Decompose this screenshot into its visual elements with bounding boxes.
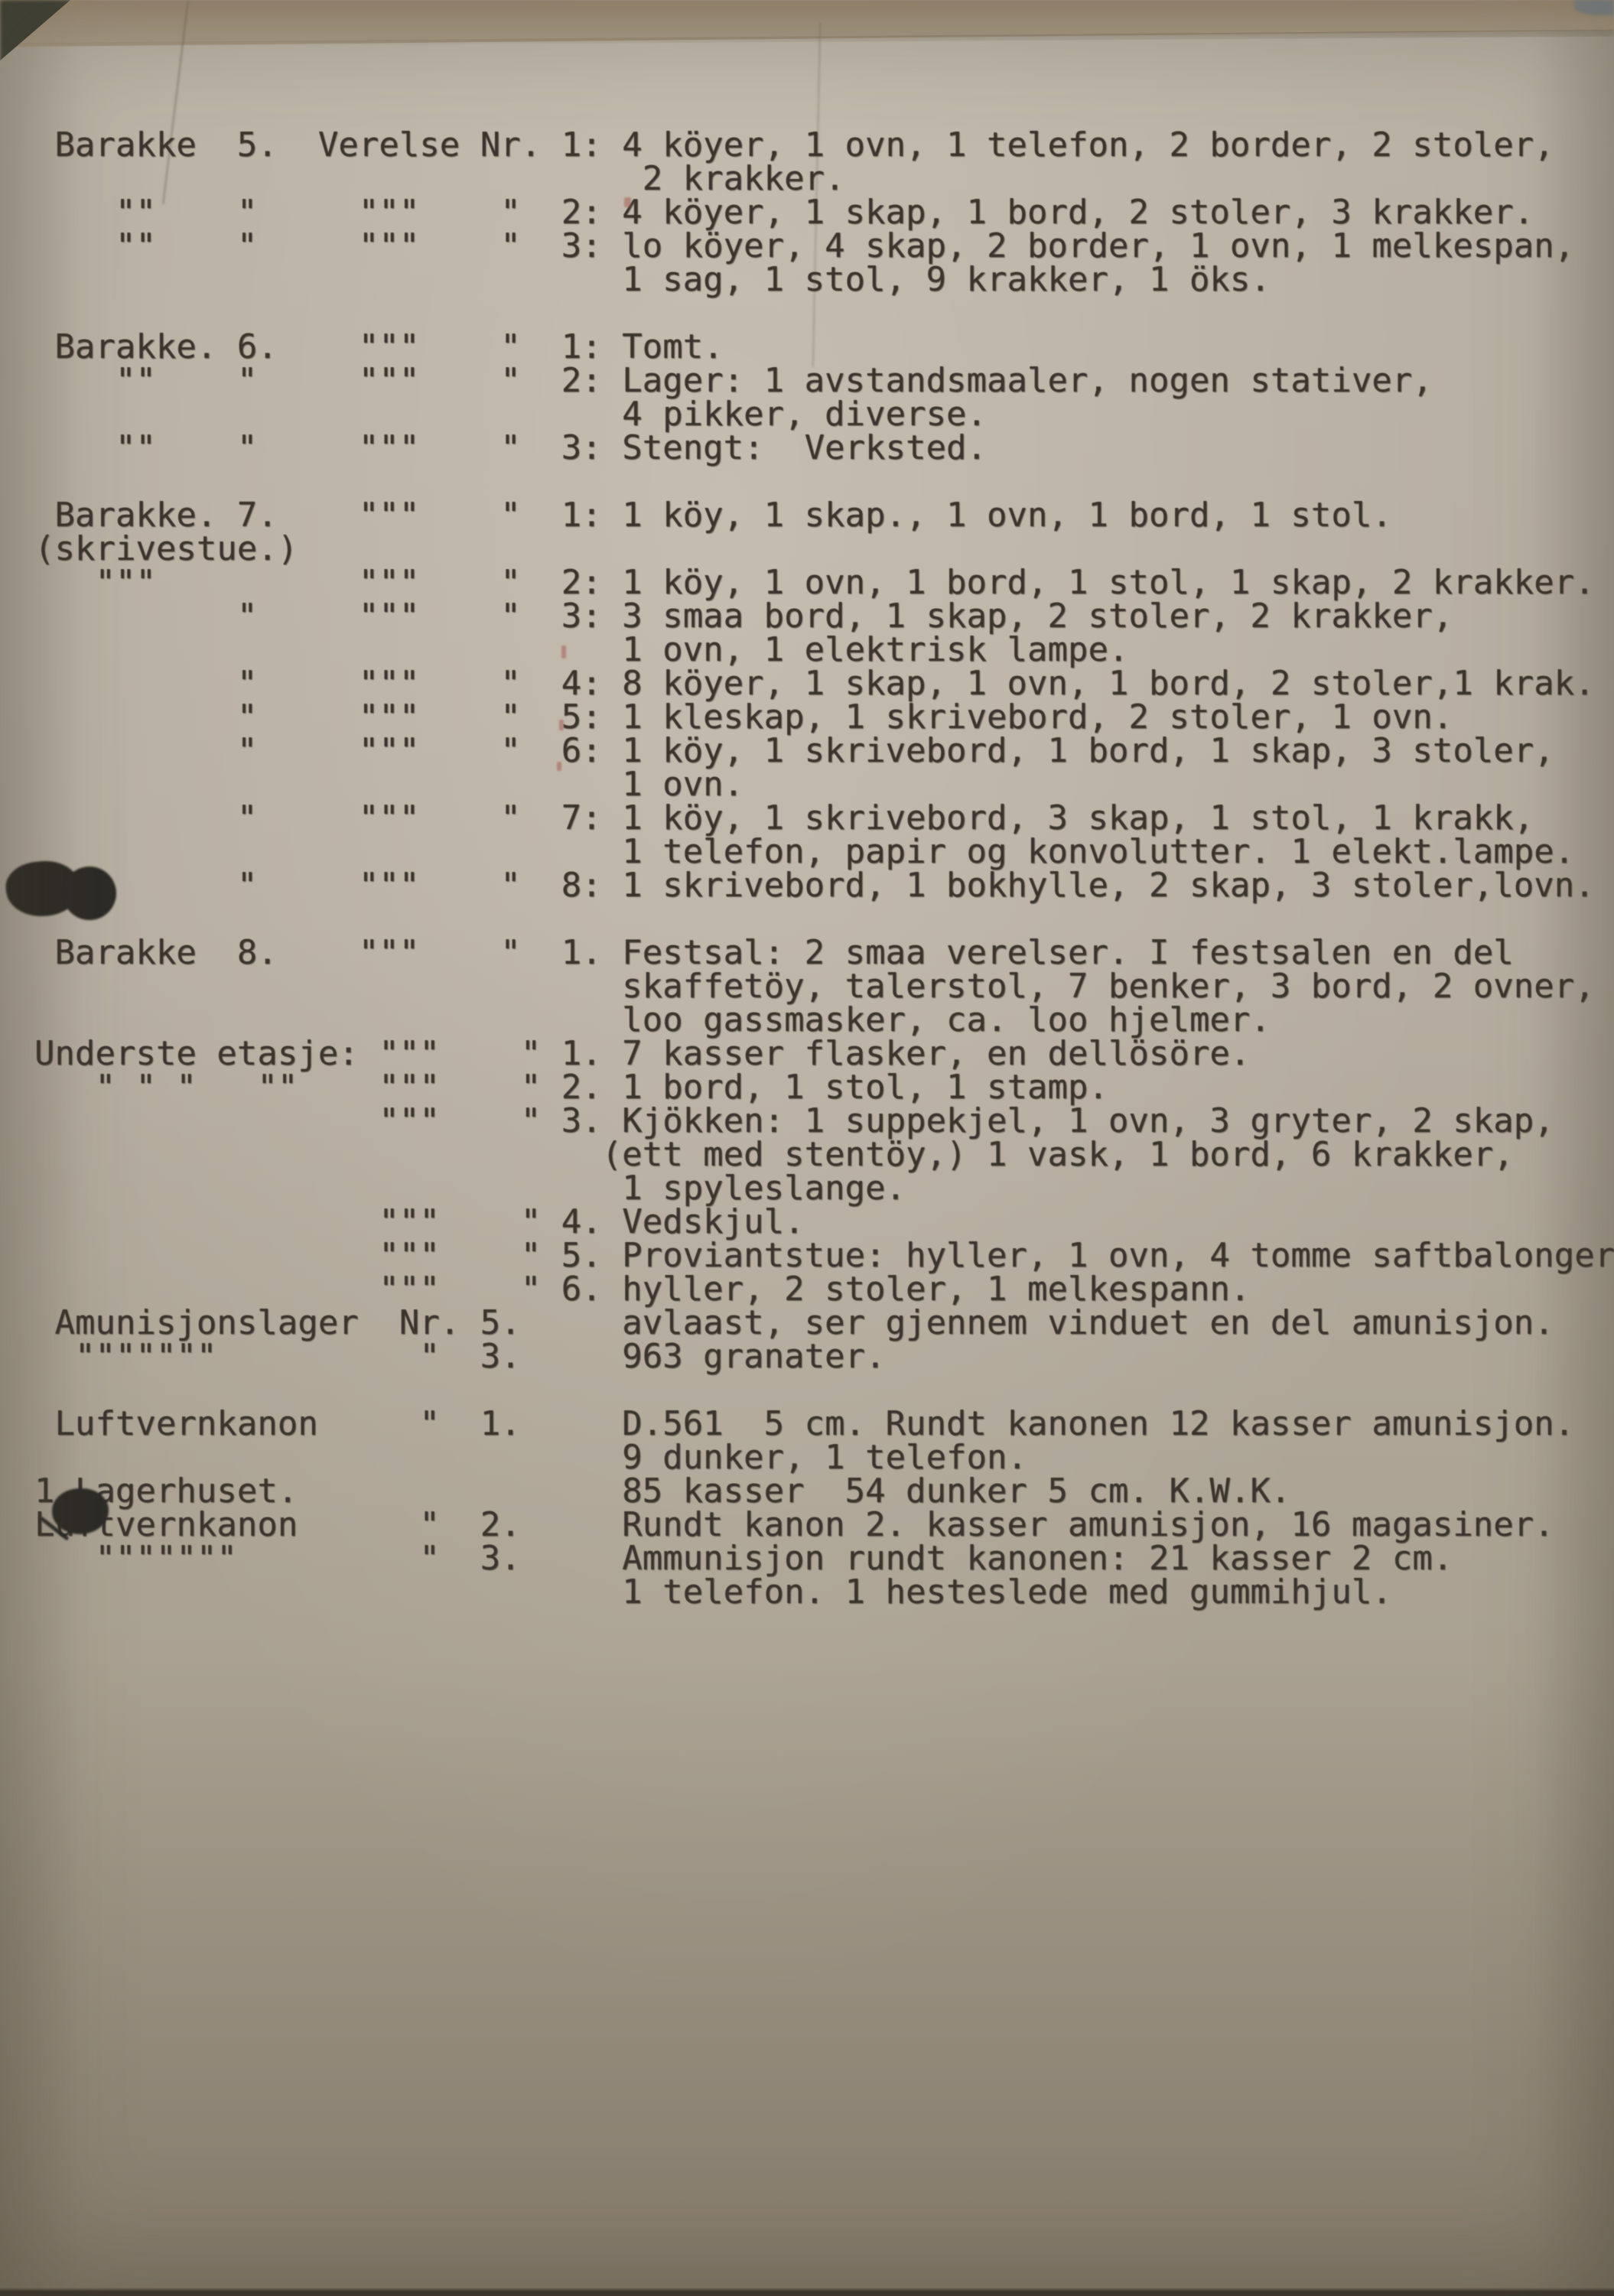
text-line: Barakke 5. Verelse Nr. 1: 4 köyer, 1 ovn…	[34, 128, 1614, 162]
text-line: 1 telefon. 1 hesteslede med gummihjul.	[34, 1576, 1614, 1609]
ink-blot-margin	[63, 867, 116, 920]
text-line: "" " """ " 2: 4 köyer, 1 skap, 1 bord, 2…	[34, 196, 1614, 229]
text-line: " """ " 8: 1 skrivebord, 1 bokhylle, 2 s…	[34, 869, 1614, 902]
red-pencil-mark	[561, 646, 566, 659]
text-line: Luftvernkanon " 2. Rundt kanon 2. kasser…	[34, 1508, 1614, 1542]
text-line	[34, 902, 1614, 936]
text-line: " """ " 6: 1 köy, 1 skrivebord, 1 bord, …	[34, 734, 1614, 768]
text-line: skaffetöy, talerstol, 7 benker, 3 bord, …	[34, 970, 1614, 1003]
text-line: 1 telefon, papir og konvolutter. 1 elekt…	[34, 835, 1614, 869]
text-line: """ """ " 2: 1 köy, 1 ovn, 1 bord, 1 sto…	[34, 566, 1614, 600]
text-line: 1 spyleslange.	[34, 1172, 1614, 1205]
page-bottom-edge	[0, 2288, 1614, 2296]
typewritten-text: Barakke 5. Verelse Nr. 1: 4 köyer, 1 ovn…	[34, 128, 1614, 1609]
red-pencil-mark	[559, 720, 564, 730]
text-line: " """ " 4: 8 köyer, 1 skap, 1 ovn, 1 bor…	[34, 667, 1614, 701]
text-line: " " " "" """ " 2. 1 bord, 1 stol, 1 stam…	[34, 1071, 1614, 1104]
text-line: Luftvernkanon " 1. D.561 5 cm. Rundt kan…	[34, 1407, 1614, 1441]
text-line: (ett med stentöy,) 1 vask, 1 bord, 6 kra…	[34, 1138, 1614, 1172]
text-line	[34, 297, 1614, 330]
text-line: (skrivestue.)	[34, 532, 1614, 566]
text-line: Barakke 8. """ " 1. Festsal: 2 smaa vere…	[34, 936, 1614, 970]
text-line: """"""" " 3. Ammunisjon rundt kanonen: 2…	[34, 1542, 1614, 1576]
text-line: """ " 3. Kjökken: 1 suppekjel, 1 ovn, 3 …	[34, 1104, 1614, 1138]
text-line: "" " """ " 2: Lager: 1 avstandsmaaler, n…	[34, 364, 1614, 398]
text-line: "" " """ " 3: Stengt: Verksted.	[34, 431, 1614, 465]
text-line: Underste etasje: """ " 1. 7 kasser flask…	[34, 1037, 1614, 1071]
scanned-page: Barakke 5. Verelse Nr. 1: 4 köyer, 1 ovn…	[0, 0, 1614, 2296]
text-line: 1 Lagerhuset. 85 kasser 54 dunker 5 cm. …	[34, 1475, 1614, 1508]
text-line: 4 pikker, diverse.	[34, 398, 1614, 431]
text-line: Barakke. 7. """ " 1: 1 köy, 1 skap., 1 o…	[34, 499, 1614, 532]
text-line: 2 krakker.	[34, 162, 1614, 196]
text-line: """"""" " 3. 963 granater.	[34, 1340, 1614, 1374]
text-line: Amunisjonslager Nr. 5. avlaast, ser gjen…	[34, 1306, 1614, 1340]
text-line: "" " """ " 3: lo köyer, 4 skap, 2 border…	[34, 229, 1614, 263]
text-line	[34, 465, 1614, 499]
text-line: 1 sag, 1 stol, 9 krakker, 1 öks.	[34, 263, 1614, 297]
text-line: 9 dunker, 1 telefon.	[34, 1441, 1614, 1475]
text-line: " """ " 7: 1 köy, 1 skrivebord, 3 skap, …	[34, 802, 1614, 835]
text-line: " """ " 3: 3 smaa bord, 1 skap, 2 stoler…	[34, 600, 1614, 633]
text-line: 1 ovn.	[34, 768, 1614, 802]
text-line: Barakke. 6. """ " 1: Tomt.	[34, 330, 1614, 364]
text-line: 1 ovn, 1 elektrisk lampe.	[34, 633, 1614, 667]
text-line: """ " 4. Vedskjul.	[34, 1205, 1614, 1239]
red-pencil-mark	[557, 762, 561, 771]
text-line: """ " 5. Proviantstue: hyller, 1 ovn, 4 …	[34, 1239, 1614, 1273]
text-line: """ " 6. hyller, 2 stoler, 1 melkespann.	[34, 1273, 1614, 1306]
ink-blot-over-word	[52, 1488, 109, 1534]
red-pencil-mark	[624, 197, 631, 207]
text-line: " """ " 5: 1 kleskap, 1 skrivebord, 2 st…	[34, 701, 1614, 734]
text-line: loo gassmasker, ca. loo hjelmer.	[34, 1003, 1614, 1037]
text-line	[34, 1374, 1614, 1407]
